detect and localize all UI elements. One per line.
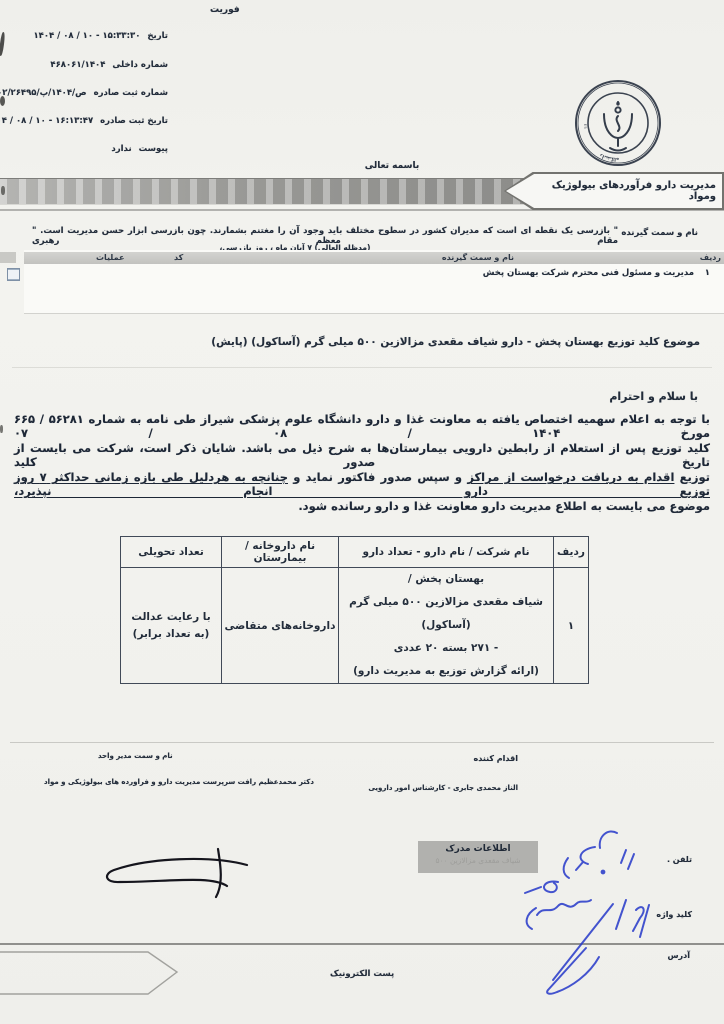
issued-date-row: تاریخ ثبت صادره ۱۴۰۴ / ۰۸ / ۱۰ - ۱۶:۱۳:۴… bbox=[0, 116, 168, 126]
internal-number-label: شماره داخلی bbox=[112, 60, 168, 70]
internal-number-row: شماره داخلی ۴۶۸۰۶۱/۱۴۰۴ bbox=[0, 60, 168, 70]
manager-label: نام و سمت مدیر واحد bbox=[98, 752, 173, 760]
scanned-official-letter: فوریت تاریخ ۱۴۰۴ / ۰۸ / ۱۰ - ۱۵:۳۳:۳۰ شم… bbox=[0, 0, 724, 1024]
header-delivered: تعداد تحویلی bbox=[121, 537, 222, 568]
drug-line: بهستان پخش / bbox=[341, 568, 551, 591]
body-line-3-part: و سپس صدور فاکتور نماید و bbox=[288, 470, 467, 484]
manager-signature bbox=[90, 830, 270, 910]
university-seal-icon: دانشگاه علوم پزشکی و خدمات بهداشتی درمان… bbox=[572, 76, 664, 170]
issued-date-value: ۱۴۰۴ / ۰۸ / ۱۰ - ۱۶:۱۳:۴۷ bbox=[0, 116, 93, 126]
seal-en-text: SHIRAZ UNIVERSITY OF MEDICAL SCIENCES bbox=[572, 76, 588, 129]
recipient-header-row: ردیف bbox=[700, 253, 721, 262]
scan-artifact bbox=[0, 32, 5, 56]
scan-artifact bbox=[0, 96, 5, 106]
recipient-header-code: کد bbox=[174, 253, 183, 262]
recipient-table-corner-cell bbox=[0, 252, 16, 263]
header-company-drug: نام شرکت / نام دارو - تعداد دارو bbox=[339, 537, 554, 568]
urgency-label: فوریت bbox=[210, 5, 240, 15]
drug-line: (ارائه گزارش توزیع به مدیریت دارو) bbox=[341, 660, 551, 683]
date-value: ۱۴۰۴ / ۰۸ / ۱۰ - ۱۵:۳۳:۳۰ bbox=[33, 31, 140, 41]
subject-line: موضوع کلید توزیع بهستان پخش - دارو شیاف … bbox=[211, 336, 700, 348]
attachment-value: ندارد bbox=[111, 144, 131, 154]
issued-number-value: ص/۱۴۰۴/پ/۹/۳۰۲/۲۶۴۹۵ bbox=[0, 88, 87, 98]
blue-pen-scribble bbox=[450, 820, 680, 1020]
issued-date-label: تاریخ ثبت صادره bbox=[100, 116, 168, 126]
drug-line: شیاف مقعدی مزالازین ۵۰۰ میلی گرم (آساکول… bbox=[341, 591, 551, 637]
attachment-row: پیوست ندارد bbox=[0, 144, 168, 154]
cell-company-drug: بهستان پخش / شیاف مقعدی مزالازین ۵۰۰ میل… bbox=[339, 568, 554, 684]
scan-artifact bbox=[1, 186, 5, 195]
date-label: تاریخ bbox=[147, 31, 168, 41]
cell-delivered: با رعایت عدالت (به تعداد برابر) bbox=[121, 568, 222, 684]
recipient-header-actions: عملیات bbox=[96, 253, 124, 262]
drug-line: - ۲۷۱ بسته ۲۰ عددی bbox=[341, 637, 551, 660]
issued-number-row: شماره ثبت صادره ص/۱۴۰۴/پ/۹/۳۰۲/۲۶۴۹۵ bbox=[0, 88, 168, 98]
body-line-3-underlined: اقدام به دریافت درخواست از مراکز bbox=[467, 470, 674, 484]
actor-label: اقدام کننده bbox=[473, 754, 518, 763]
manager-name: دکتر محمدعظیم رافت سرپرست مدیریت دارو و … bbox=[44, 778, 314, 786]
body-line-4: موضوع می بایست به اطلاع مدیریت دارو معاو… bbox=[14, 499, 710, 513]
header-pharmacy: نام داروخانه / بیمارستان bbox=[222, 537, 339, 568]
recipient-row-number: ۱ bbox=[705, 268, 710, 278]
recipient-row-name: مدیریت و مسئول فنی محترم شرکت بهستان پخش bbox=[483, 268, 694, 278]
body-line-3-part: توزیع bbox=[674, 470, 710, 484]
seal-chalice-icon bbox=[604, 102, 632, 151]
delivered-line: با رعایت عدالت bbox=[123, 609, 219, 626]
recipient-table-header: ردیف نام و سمت گیرنده کد عملیات bbox=[24, 252, 724, 264]
address-arrow-box bbox=[0, 948, 190, 1003]
salutation: با سلام و احترام bbox=[609, 390, 698, 403]
table-row: ۱ بهستان پخش / شیاف مقعدی مزالازین ۵۰۰ م… bbox=[121, 568, 589, 684]
body-line-3: توزیع اقدام به دریافت درخواست از مراکز و… bbox=[14, 470, 710, 498]
issued-number-label: شماره ثبت صادره bbox=[94, 88, 168, 98]
svg-text:SHIRAZ UNIVERSITY OF MEDICAL S: SHIRAZ UNIVERSITY OF MEDICAL SCIENCES bbox=[572, 76, 588, 129]
scan-artifact bbox=[0, 425, 3, 433]
date-row: تاریخ ۱۴۰۴ / ۰۸ / ۱۰ - ۱۵:۳۳:۳۰ bbox=[0, 31, 168, 41]
attachment-label: پیوست bbox=[139, 144, 168, 154]
recipient-header-name: نام و سمت گیرنده bbox=[442, 253, 514, 262]
basmala-text: باسمه تعالی bbox=[352, 161, 432, 171]
divider bbox=[12, 367, 712, 368]
drug-allocation-table: ردیف نام شرکت / نام دارو - تعداد دارو نا… bbox=[120, 536, 589, 684]
recipient-row-action-icon[interactable] bbox=[7, 268, 20, 281]
recipient-section-label: نام و سمت گیرنده bbox=[621, 228, 698, 238]
department-title: مدیریت دارو فرآوردهای بیولوژیک ومواد bbox=[532, 180, 716, 202]
header-row-number: ردیف bbox=[554, 537, 589, 568]
footer-divider bbox=[10, 742, 714, 743]
body-line-1: با توجه به اعلام سهمیه اختصاص یافته به م… bbox=[14, 412, 710, 440]
cell-row-number: ۱ bbox=[554, 568, 589, 684]
email-label: پست الکترونیک bbox=[330, 969, 394, 979]
table-header-row: ردیف نام شرکت / نام دارو - تعداد دارو نا… bbox=[121, 537, 589, 568]
delivered-line: (به تعداد برابر) bbox=[123, 626, 219, 643]
actor-name: الناز محمدی جابری - کارشناس امور دارویی bbox=[368, 784, 518, 792]
department-ribbon: مدیریت دارو فرآوردهای بیولوژیک ومواد bbox=[504, 172, 724, 210]
cell-pharmacy: داروخانه‌های متقاضی bbox=[222, 568, 339, 684]
internal-number-value: ۴۶۸۰۶۱/۱۴۰۴ bbox=[50, 60, 105, 70]
body-line-2: کلید توزیع پس از استعلام از رابطین داروی… bbox=[14, 441, 710, 469]
